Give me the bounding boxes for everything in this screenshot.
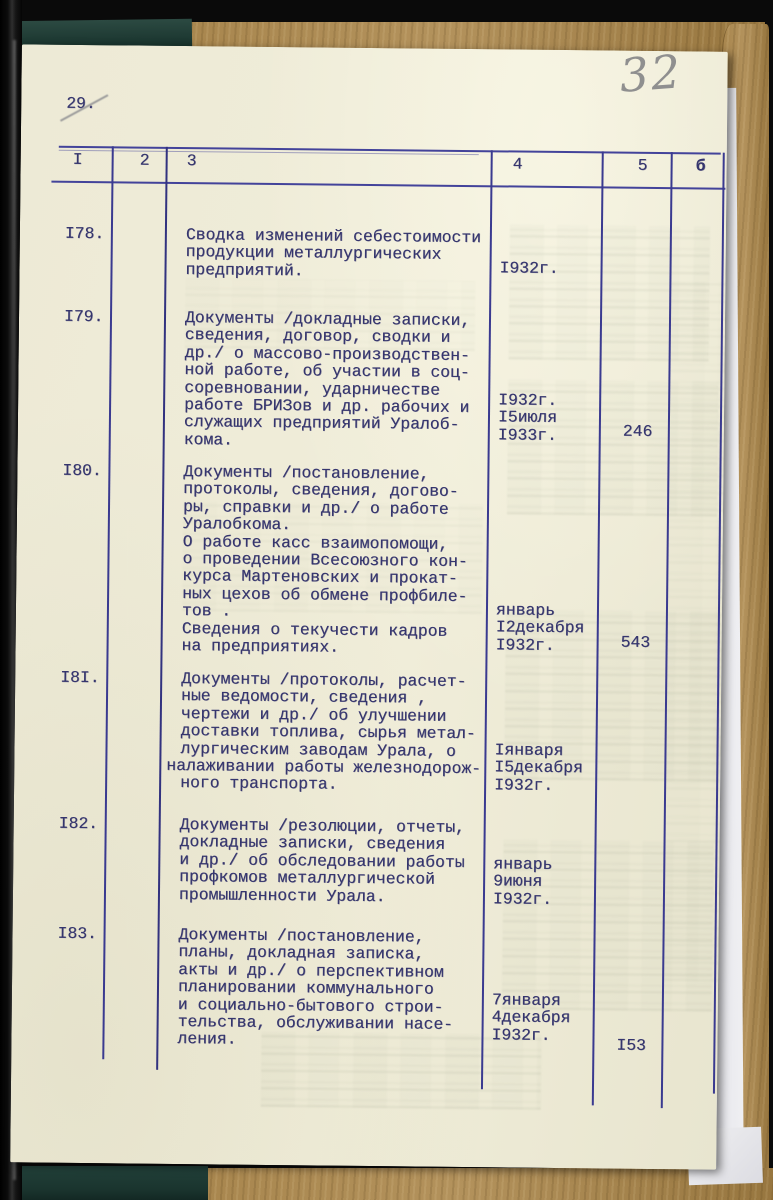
bleed-through-smudge: [509, 224, 710, 361]
table-header-rule: [51, 181, 725, 190]
entry-number: I80.: [62, 462, 102, 480]
entry-dates: январьI2декабряI932г.: [496, 601, 617, 654]
column-header-2: 2: [140, 152, 150, 170]
column-header-1: I: [73, 151, 83, 169]
cardboard-backing-bottom: [200, 1168, 773, 1200]
column-rule-5: [661, 152, 673, 1108]
entry-number: I78.: [65, 225, 105, 243]
entry-page-count: 543: [621, 634, 681, 652]
folio-number-pencil: 32: [618, 41, 722, 105]
entry-description: Сводка изменений себестоимостипродукции …: [185, 226, 492, 281]
entry-description: Документы /постановление,протоколы, свед…: [181, 463, 489, 658]
entry-dates: I932г.: [499, 259, 619, 278]
entry-description: Документы /постановление,планы, докладна…: [177, 926, 484, 1051]
entry-number: I8I.: [60, 669, 100, 687]
column-header-5: 5: [638, 157, 648, 175]
document-page: 32 29. I 2 3 4 5 б I78. Сводка изменений…: [10, 44, 728, 1169]
entry-dates: IянваряI5декабряI932г.: [494, 741, 615, 794]
entry-number: I82.: [59, 815, 99, 833]
column-header-6: б: [696, 157, 706, 175]
column-header-4: 4: [513, 155, 523, 173]
entry-description: Документы /резолюции, отчеты,докладные з…: [179, 816, 486, 906]
entry-dates: I932г.I5июляI933г.: [498, 391, 619, 444]
entry-dates: 7января4декабряI932г.: [491, 991, 612, 1044]
entry-number: I83.: [57, 925, 97, 943]
entry-number: I79.: [64, 308, 104, 326]
entry-description: Документы /протоколы, расчет-ные ведомос…: [180, 670, 487, 795]
column-rule-1: [102, 146, 113, 1059]
book-cover-edge-bottom: [8, 1166, 208, 1200]
entry-description: Документы /докладные записки,сведения, д…: [184, 309, 491, 451]
entry-dates: январь9июняI932г.: [493, 855, 614, 908]
photo-backdrop: 32 29. I 2 3 4 5 б I78. Сводка изменений…: [0, 0, 773, 1200]
column-header-3: 3: [187, 152, 197, 170]
entry-page-count: 246: [623, 423, 683, 441]
entry-page-count: I53: [616, 1037, 676, 1055]
column-rule-2: [156, 147, 168, 1070]
